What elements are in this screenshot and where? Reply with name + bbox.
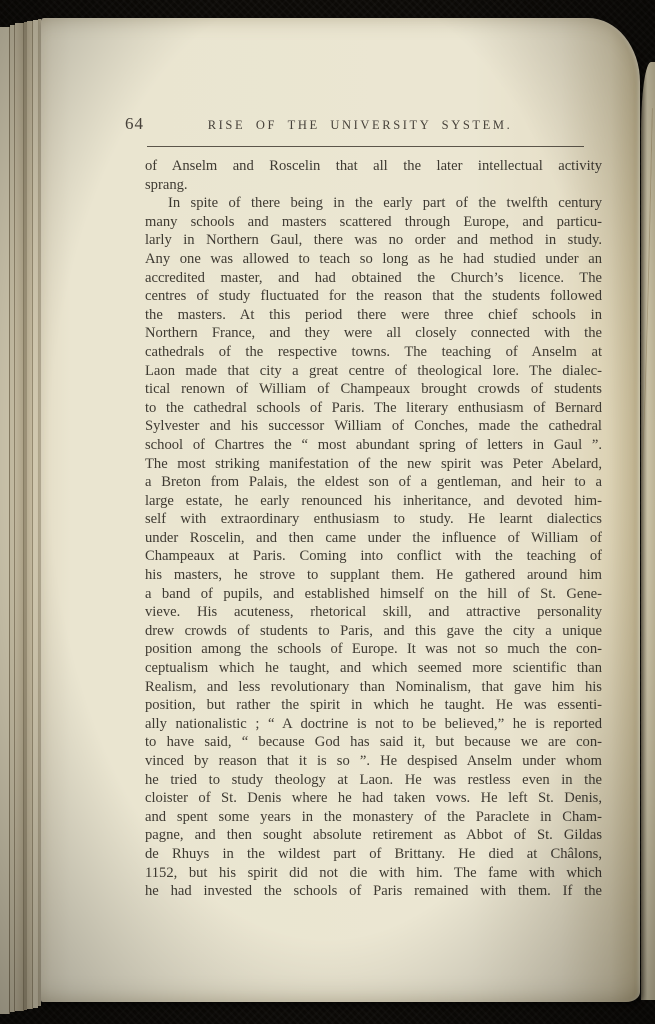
text-line: Any one was allowed to teach so long as …	[145, 250, 602, 269]
text-line: vinced by reason that it is so ”. He des…	[145, 752, 602, 771]
text-line: cathedrals of the respective towns. The …	[145, 343, 602, 362]
text-line: centres of study fluctuated for the reas…	[145, 287, 602, 306]
text-line: vieve. His acuteness, rhetorical skill, …	[145, 603, 602, 622]
text-line: Laon made that city a great centre of th…	[145, 362, 602, 381]
text-line: sprang.	[145, 176, 602, 195]
text-line: large estate, he early renounced his inh…	[145, 492, 602, 511]
text-line: self with extraordinary enthusiasm to st…	[145, 510, 602, 529]
text-line: to the cathedral schools of Paris. The l…	[145, 399, 602, 418]
text-line: tical renown of William of Champeaux bro…	[145, 380, 602, 399]
text-line: his masters, he strove to supplant them.…	[145, 566, 602, 585]
text-line: under Roscelin, and then came under the …	[145, 529, 602, 548]
text-line: Champeaux at Paris. Coming into conflict…	[145, 547, 602, 566]
text-line: The most striking manifestation of the n…	[145, 455, 602, 474]
text-line: de Rhuys in the wildest part of Brittany…	[145, 845, 602, 864]
text-line: he had invested the schools of Paris rem…	[145, 882, 602, 901]
text-line: the masters. At this period there were t…	[145, 306, 602, 325]
text-line: and spent some years in the monastery of…	[145, 808, 602, 827]
text-line: accredited master, and had obtained the …	[145, 269, 602, 288]
text-line: Realism, and less revolutionary than Nom…	[145, 678, 602, 697]
text-line: Sylvester and his successor William of C…	[145, 417, 602, 436]
text-line: a Breton from Palais, the eldest son of …	[145, 473, 602, 492]
text-line: larly in Northern Gaul, there was no ord…	[145, 231, 602, 250]
page-edge-strip	[0, 27, 10, 1014]
text-line: 1152, but his spirit did not die with hi…	[145, 864, 602, 883]
text-line: cloister of St. Denis where he had taken…	[145, 789, 602, 808]
text-line: position among the schools of Europe. It…	[145, 640, 602, 659]
running-head: RISE OF THE UNIVERSITY SYSTEM.	[135, 118, 585, 133]
header-rule	[147, 146, 584, 147]
text-line: position, but rather the spirit in which…	[145, 696, 602, 715]
text-line: of Anselm and Roscelin that all the late…	[145, 157, 602, 176]
next-page-edge	[641, 62, 655, 1000]
text-line: ally nationalistic ; “ A doctrine is not…	[145, 715, 602, 734]
text-line: In spite of there being in the early par…	[145, 194, 602, 213]
text-line: a band of pupils, and established himsel…	[145, 585, 602, 604]
text-line: to have said, “ because God has said it,…	[145, 733, 602, 752]
text-line: drew crowds of students to Paris, and th…	[145, 622, 602, 641]
body-text: of Anselm and Roscelin that all the late…	[145, 157, 602, 901]
page-edge-strip	[15, 23, 24, 1011]
text-line: pagne, and then sought absolute retireme…	[145, 826, 602, 845]
text-line: school of Chartres the “ most abundant s…	[145, 436, 602, 455]
text-line: he tried to study theology at Laon. He w…	[145, 771, 602, 790]
text-line: ceptualism which he taught, and which se…	[145, 659, 602, 678]
text-line: many schools and masters scattered throu…	[145, 213, 602, 232]
text-line: Northern France, and they were all close…	[145, 324, 602, 343]
